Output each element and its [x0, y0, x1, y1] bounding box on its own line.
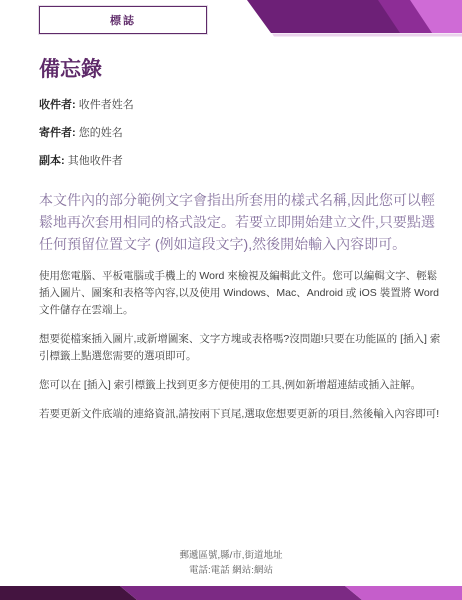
- banner-pale-strip: [272, 34, 462, 37]
- body-paragraph-2: 想要從檔案插入圖片,或新增圖案、文字方塊或表格嗎?沒問題!只要在功能區的 [插入…: [39, 331, 441, 365]
- memo-document-page: 標誌 備忘錄 收件者: 收件者姓名 寄件者: 您的姓名 副本: 其他收件者 本文…: [0, 0, 462, 600]
- to-field-label: 收件者:: [39, 99, 76, 111]
- body-paragraph-3: 您可以在 [插入] 索引標籤上找到更多方便使用的工具,例如新增超連結或插入註解。: [39, 377, 441, 394]
- cc-field-value: 其他收件者: [68, 155, 123, 167]
- footer-contact-block: 郵遞區號,縣/市,街道地址 電話:電話 網站:網站: [0, 548, 462, 578]
- footer-address-line: 郵遞區號,縣/市,街道地址: [0, 548, 462, 563]
- field-row-from: 寄件者: 您的姓名: [39, 128, 439, 139]
- field-row-to: 收件者: 收件者姓名: [39, 100, 439, 111]
- to-field-value: 收件者姓名: [79, 99, 134, 111]
- body-paragraph-4: 若要更新文件底端的連絡資訊,請按兩下頁尾,選取您想要更新的項目,然後輸入內容即可…: [39, 406, 441, 423]
- footer-banner-graphic: [0, 586, 462, 600]
- field-row-cc: 副本: 其他收件者: [39, 156, 439, 167]
- page-title: 備忘錄: [39, 57, 102, 83]
- logo-placeholder-label: 標誌: [110, 12, 136, 28]
- bottom-bar-medium-segment: [120, 586, 362, 600]
- from-field-label: 寄件者:: [39, 127, 76, 139]
- lead-paragraph: 本文件內的部分範例文字會指出所套用的樣式名稱,因此您可以輕鬆地再次套用相同的格式…: [39, 189, 441, 255]
- logo-placeholder-box: 標誌: [39, 6, 207, 34]
- body-paragraph-1: 使用您電腦、平板電腦或手機上的 Word 來檢視及編輯此文件。您可以編輯文字、輕…: [39, 268, 441, 319]
- bottom-bar-dark-segment: [0, 586, 137, 600]
- body-text-block: 使用您電腦、平板電腦或手機上的 Word 來檢視及編輯此文件。您可以編輯文字、輕…: [39, 268, 441, 435]
- bottom-bar-light-segment: [345, 586, 462, 600]
- memo-header-fields: 收件者: 收件者姓名 寄件者: 您的姓名 副本: 其他收件者: [39, 100, 439, 184]
- from-field-value: 您的姓名: [79, 127, 123, 139]
- cc-field-label: 副本:: [39, 155, 65, 167]
- footer-contact-line: 電話:電話 網站:網站: [0, 563, 462, 578]
